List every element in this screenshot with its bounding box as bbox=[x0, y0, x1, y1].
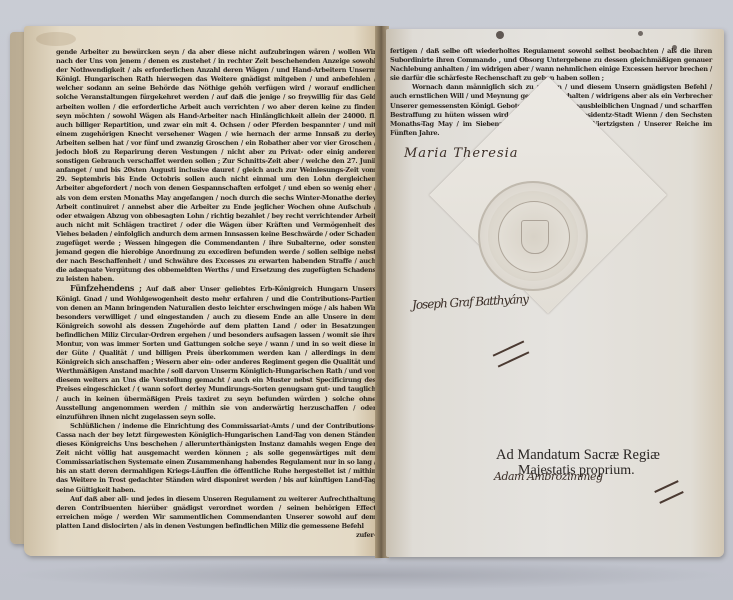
closing-paragraph: Schlüßlichen / indeme die Einrichtung de… bbox=[56, 422, 376, 495]
final-paragraph: Auf daß aber all- und jedes in diesem Un… bbox=[56, 495, 376, 531]
table-shadow bbox=[10, 560, 725, 590]
mandate-line-1: Ad Mandatum Sacræ Regiæ bbox=[496, 447, 660, 464]
paper-stain bbox=[36, 32, 76, 46]
signature-secretary: Adam Ambrozimmeg bbox=[494, 470, 603, 483]
body-paragraph: fertigen / daß selbe oft wiederholtes Re… bbox=[390, 47, 712, 83]
left-page: gende Arbeiter zu bewürcken seyn / da ab… bbox=[24, 26, 382, 556]
signature-flourish-icon bbox=[493, 340, 530, 367]
right-page: fertigen / daß selbe oft wiederholtes Re… bbox=[386, 29, 724, 557]
ink-spot bbox=[638, 31, 643, 36]
section-fifteen: Fünfzehendens ; Auf daß aber Unser gelie… bbox=[56, 284, 376, 421]
left-page-text: gende Arbeiter zu bewürcken seyn / da ab… bbox=[56, 48, 376, 540]
section-text: Auf daß aber Unser geliebtes Erb-Königre… bbox=[56, 285, 376, 420]
embossed-seal-icon bbox=[478, 181, 588, 291]
signature-maria-theresia: Maria Theresia bbox=[404, 146, 519, 161]
catchword: zufer- bbox=[56, 531, 376, 540]
crest-icon bbox=[521, 220, 549, 254]
ink-spot bbox=[496, 31, 504, 39]
signature-flourish-icon bbox=[654, 480, 683, 504]
section-lead: Fünfzehendens ; bbox=[70, 283, 142, 293]
body-paragraph: gende Arbeiter zu bewürcken seyn / da ab… bbox=[56, 48, 376, 284]
seal-center bbox=[498, 201, 570, 273]
signature-countersign: Joseph Graf Batthyány bbox=[412, 292, 529, 312]
